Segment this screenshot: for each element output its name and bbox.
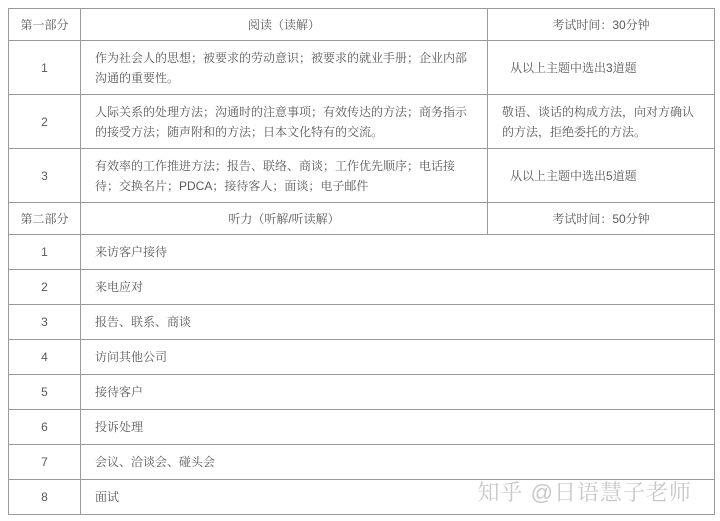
row-number: 5 — [9, 375, 81, 410]
row-note: 从以上主题中选出3道题 — [488, 41, 715, 95]
part2-header-row: 第二部分 听力（听解/听读解） 考试时间：50分钟 — [9, 203, 715, 235]
row-number: 2 — [9, 95, 81, 149]
part1-exam-time: 考试时间：30分钟 — [488, 9, 715, 41]
reading-row: 2 人际关系的处理方法；沟通时的注意事项；有效传达的方法；商务指示的接受方法；随… — [9, 95, 715, 149]
listening-row: 3 报告、联系、商谈 — [9, 305, 715, 340]
row-number: 8 — [9, 480, 81, 515]
row-number: 3 — [9, 305, 81, 340]
row-number: 1 — [9, 235, 81, 270]
row-number: 1 — [9, 41, 81, 95]
zhihu-watermark: 知乎 @日语慧子老师 — [478, 476, 692, 507]
listening-row: 2 来电应对 — [9, 270, 715, 305]
listening-row: 4 访问其他公司 — [9, 340, 715, 375]
row-note: 从以上主题中选出5道题 — [488, 149, 715, 203]
reading-row: 3 有效率的工作推进方法；报告、联络、商谈；工作优先顺序；电话接待；交换名片；P… — [9, 149, 715, 203]
row-number: 3 — [9, 149, 81, 203]
row-topic: 来电应对 — [81, 270, 715, 305]
row-topic: 报告、联系、商谈 — [81, 305, 715, 340]
row-topic: 来访客户接待 — [81, 235, 715, 270]
listening-row: 7 会议、洽谈会、碰头会 — [9, 445, 715, 480]
row-topics: 有效率的工作推进方法；报告、联络、商谈；工作优先顺序；电话接待；交换名片；PDC… — [81, 149, 488, 203]
listening-row: 6 投诉处理 — [9, 410, 715, 445]
row-topic: 投诉处理 — [81, 410, 715, 445]
part1-title: 阅读（读解） — [81, 9, 488, 41]
part1-label: 第一部分 — [9, 9, 81, 41]
row-topics: 人际关系的处理方法；沟通时的注意事项；有效传达的方法；商务指示的接受方法；随声附… — [81, 95, 488, 149]
part2-exam-time: 考试时间：50分钟 — [488, 203, 715, 235]
exam-structure-table: 第一部分 阅读（读解） 考试时间：30分钟 1 作为社会人的思想；被要求的劳动意… — [8, 8, 715, 515]
row-topic: 会议、洽谈会、碰头会 — [81, 445, 715, 480]
row-number: 2 — [9, 270, 81, 305]
row-number: 6 — [9, 410, 81, 445]
row-note: 敬语、谈话的构成方法，向对方确认的方法，拒绝委托的方法。 — [488, 95, 715, 149]
listening-row: 1 来访客户接待 — [9, 235, 715, 270]
row-topic: 访问其他公司 — [81, 340, 715, 375]
listening-row: 5 接待客户 — [9, 375, 715, 410]
row-number: 7 — [9, 445, 81, 480]
part2-title: 听力（听解/听读解） — [81, 203, 488, 235]
row-topic: 接待客户 — [81, 375, 715, 410]
row-number: 4 — [9, 340, 81, 375]
reading-row: 1 作为社会人的思想；被要求的劳动意识；被要求的就业手册；企业内部沟通的重要性。… — [9, 41, 715, 95]
part2-label: 第二部分 — [9, 203, 81, 235]
part1-header-row: 第一部分 阅读（读解） 考试时间：30分钟 — [9, 9, 715, 41]
row-topics: 作为社会人的思想；被要求的劳动意识；被要求的就业手册；企业内部沟通的重要性。 — [81, 41, 488, 95]
